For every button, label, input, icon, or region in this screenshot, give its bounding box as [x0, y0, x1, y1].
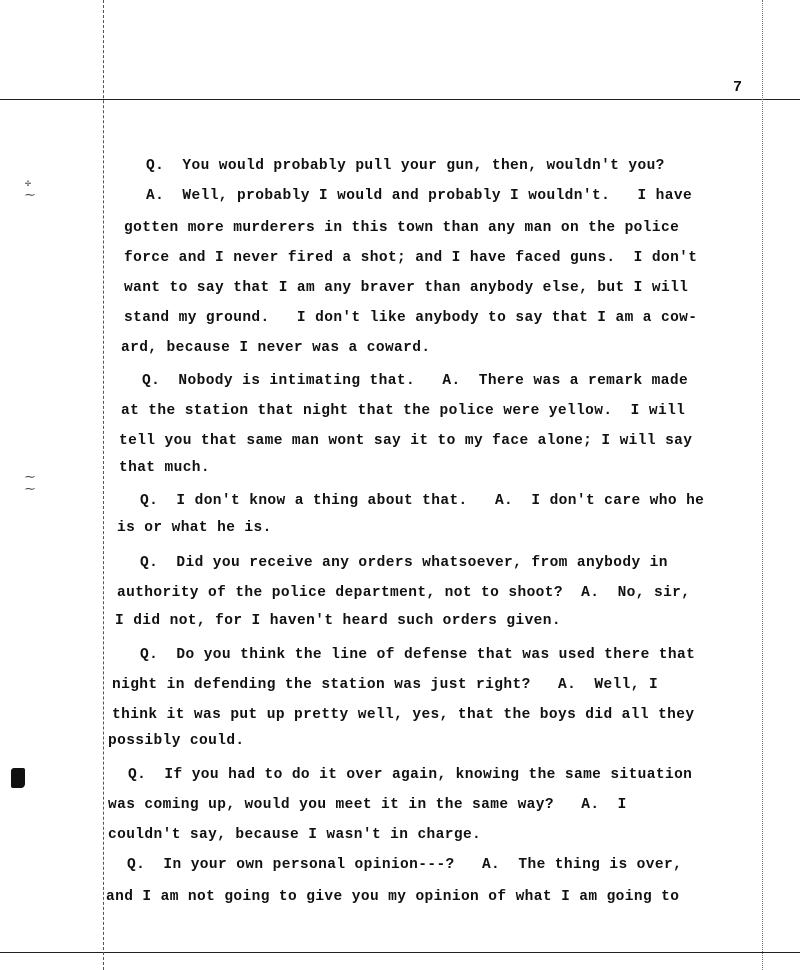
- transcript-line: was coming up, would you meet it in the …: [108, 797, 627, 813]
- transcript-line: think it was put up pretty well, yes, th…: [112, 707, 695, 723]
- binding-blot: [11, 768, 25, 788]
- transcript-line: Q. You would probably pull your gun, the…: [146, 158, 665, 174]
- margin-mark-upper: ✢⁓: [25, 178, 35, 202]
- transcript-line: stand my ground. I don't like anybody to…: [124, 310, 697, 326]
- transcript-line: Q. If you had to do it over again, knowi…: [128, 767, 692, 783]
- page-top-rule: [0, 99, 800, 100]
- transcript-line: Q. In your own personal opinion---? A. T…: [127, 857, 682, 873]
- left-margin-rule: [103, 0, 104, 970]
- transcript-line: tell you that same man wont say it to my…: [119, 433, 692, 449]
- transcript-line: at the station that night that the polic…: [121, 403, 685, 419]
- margin-mark-middle: ⁓⁓: [25, 472, 35, 496]
- transcript-line: couldn't say, because I wasn't in charge…: [108, 827, 481, 843]
- transcript-line: that much.: [119, 460, 210, 476]
- transcript-line: Q. Do you think the line of defense that…: [140, 647, 695, 663]
- transcript-line: I did not, for I haven't heard such orde…: [115, 613, 561, 629]
- page-number: 7: [733, 79, 742, 96]
- transcript-line: night in defending the station was just …: [112, 677, 658, 693]
- transcript-line: Q. Nobody is intimating that. A. There w…: [142, 373, 688, 389]
- transcript-line: Q. I don't know a thing about that. A. I…: [140, 493, 704, 509]
- transcript-line: Q. Did you receive any orders whatsoever…: [140, 555, 668, 571]
- transcript-line: ard, because I never was a coward.: [121, 340, 430, 356]
- right-margin-rule: [762, 0, 763, 970]
- transcript-line: A. Well, probably I would and probably I…: [146, 188, 692, 204]
- transcript-line: want to say that I am any braver than an…: [124, 280, 688, 296]
- transcript-line: gotten more murderers in this town than …: [124, 220, 679, 236]
- transcript-line: possibly could.: [108, 733, 245, 749]
- transcript-line: authority of the police department, not …: [117, 585, 690, 601]
- transcript-line: is or what he is.: [117, 520, 272, 536]
- page-bottom-rule: [0, 952, 800, 953]
- transcript-line: force and I never fired a shot; and I ha…: [124, 250, 697, 266]
- transcript-line: and I am not going to give you my opinio…: [106, 889, 679, 905]
